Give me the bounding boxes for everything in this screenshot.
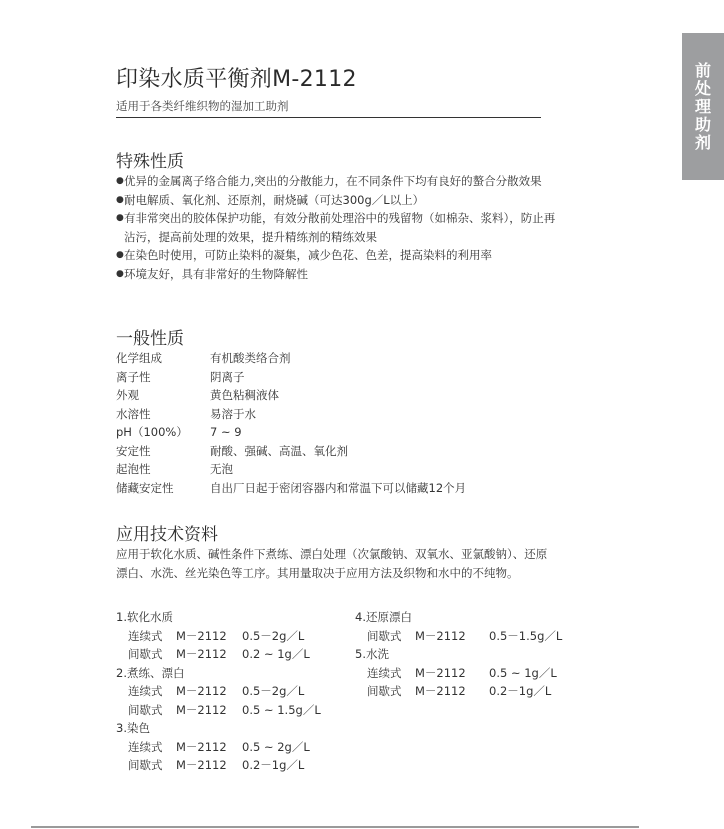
property-row: 化学组成有机酸类络合剂: [116, 349, 466, 368]
property-row: 外观黄色粘稠液体: [116, 386, 466, 405]
title-divider: [116, 117, 541, 118]
bullet-icon: ●: [116, 246, 124, 265]
usage-row: 连续式M－21120.5 ~ 2g／L: [116, 738, 321, 757]
bullet-icon: ●: [116, 172, 124, 191]
usage-row: 连续式M－21120.5－2g／L: [116, 682, 321, 701]
side-tab-char: 理: [695, 98, 711, 116]
page-subtitle: 适用于各类纤维织物的湿加工助剂: [116, 98, 289, 114]
usage-group-title: 3.染色: [116, 719, 321, 738]
usage-row: 连续式M－21120.5 ~ 1g／L: [355, 664, 562, 683]
property-row: pH（100%）7 ~ 9: [116, 423, 466, 442]
bullet-icon: ●: [116, 209, 124, 246]
usage-row: 间歇式M－21120.2－1g／L: [116, 756, 321, 775]
application-text: 应用于软化水质、碱性条件下煮练、漂白处理（次氯酸钠、双氧水、亚氯酸钠）、还原漂白…: [116, 545, 556, 582]
usage-column-right: 4.还原漂白 间歇式M－21120.5－1.5g／L 5.水洗 连续式M－211…: [355, 608, 562, 701]
side-tab-char: 处: [695, 80, 711, 98]
bullet-icon: ●: [116, 265, 124, 284]
page-title: 印染水质平衡剂M-2112: [116, 62, 357, 93]
usage-group-title: 2.煮练、漂白: [116, 664, 321, 683]
list-item: ●在染色时使用，可防止染料的凝集，减少色花、色差，提高染料的利用率: [116, 246, 566, 265]
usage-row: 间歇式M－21120.2 ~ 1g／L: [116, 645, 321, 664]
usage-group-title: 1.软化水质: [116, 608, 321, 627]
special-heading: 特殊性质: [116, 147, 184, 172]
usage-row: 连续式M－21120.5－2g／L: [116, 627, 321, 646]
usage-row: 间歇式M－21120.2－1g／L: [355, 682, 562, 701]
property-row: 储藏安定性自出厂日起于密闭容器内和常温下可以储藏12个月: [116, 479, 466, 498]
special-list: ●优异的金属离子络合能力,突出的分散能力，在不同条件下均有良好的螯合分散效果 ●…: [116, 172, 566, 283]
usage-row: 间歇式M－21120.5 ~ 1.5g／L: [116, 701, 321, 720]
general-heading: 一般性质: [116, 324, 184, 349]
list-item: ●耐电解质、氧化剂、还原剂，耐烧碱（可达300g／L以上）: [116, 191, 566, 210]
application-heading: 应用技术资料: [116, 520, 218, 545]
usage-column-left: 1.软化水质 连续式M－21120.5－2g／L 间歇式M－21120.2 ~ …: [116, 608, 321, 775]
property-row: 离子性阴离子: [116, 368, 466, 387]
property-row: 水溶性易溶于水: [116, 405, 466, 424]
property-row: 起泡性无泡: [116, 460, 466, 479]
general-properties: 化学组成有机酸类络合剂 离子性阴离子 外观黄色粘稠液体 水溶性易溶于水 pH（1…: [116, 349, 466, 497]
property-row: 安定性耐酸、强碱、高温、氧化剂: [116, 442, 466, 461]
list-item: ●有非常突出的胶体保护功能，有效分散前处理浴中的残留物（如棉杂、浆料），防止再沾…: [116, 209, 566, 246]
category-side-tab: 前 处 理 助 剂: [682, 33, 724, 180]
usage-row: 间歇式M－21120.5－1.5g／L: [355, 627, 562, 646]
bullet-icon: ●: [116, 191, 124, 210]
usage-group-title: 5.水洗: [355, 645, 562, 664]
list-item: ●环境友好，具有非常好的生物降解性: [116, 265, 566, 284]
list-item: ●优异的金属离子络合能力,突出的分散能力，在不同条件下均有良好的螯合分散效果: [116, 172, 566, 191]
side-tab-char: 剂: [695, 134, 711, 152]
side-tab-char: 助: [695, 116, 711, 134]
footer-divider: [31, 826, 639, 828]
usage-group-title: 4.还原漂白: [355, 608, 562, 627]
side-tab-char: 前: [695, 62, 711, 80]
